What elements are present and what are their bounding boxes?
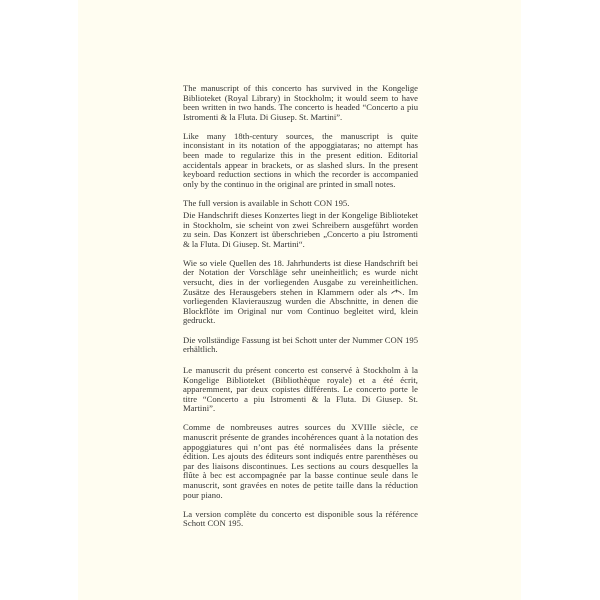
english-paragraph-3: The full version is available in Schott … — [183, 199, 418, 209]
slashed-slur-icon — [391, 287, 402, 292]
german-paragraph-2: Wie so viele Quellen des 18. Jahrhundert… — [183, 259, 418, 326]
english-paragraph-1: The manuscript of this concerto has surv… — [183, 84, 418, 122]
french-paragraph-2: Comme de nombreuses autres sources du XV… — [183, 423, 418, 500]
french-paragraph-1: Le manuscrit du présent concerto est con… — [183, 366, 418, 414]
german-paragraph-3: Die vollständige Fassung ist bei Schott … — [183, 336, 418, 355]
german-paragraph-2-start: Wie so viele Quellen des 18. Jahrhundert… — [183, 258, 418, 297]
german-section: Die Handschrift dieses Konzertes liegt i… — [183, 211, 418, 355]
french-paragraph-3: La version complète du concerto est disp… — [183, 510, 418, 529]
french-section: Le manuscrit du présent concerto est con… — [183, 366, 418, 529]
document-page: The manuscript of this concerto has surv… — [78, 0, 521, 600]
english-paragraph-2: Like many 18th-century sources, the manu… — [183, 132, 418, 190]
german-paragraph-1: Die Handschrift dieses Konzertes liegt i… — [183, 211, 418, 249]
english-section: The manuscript of this concerto has surv… — [183, 84, 418, 209]
